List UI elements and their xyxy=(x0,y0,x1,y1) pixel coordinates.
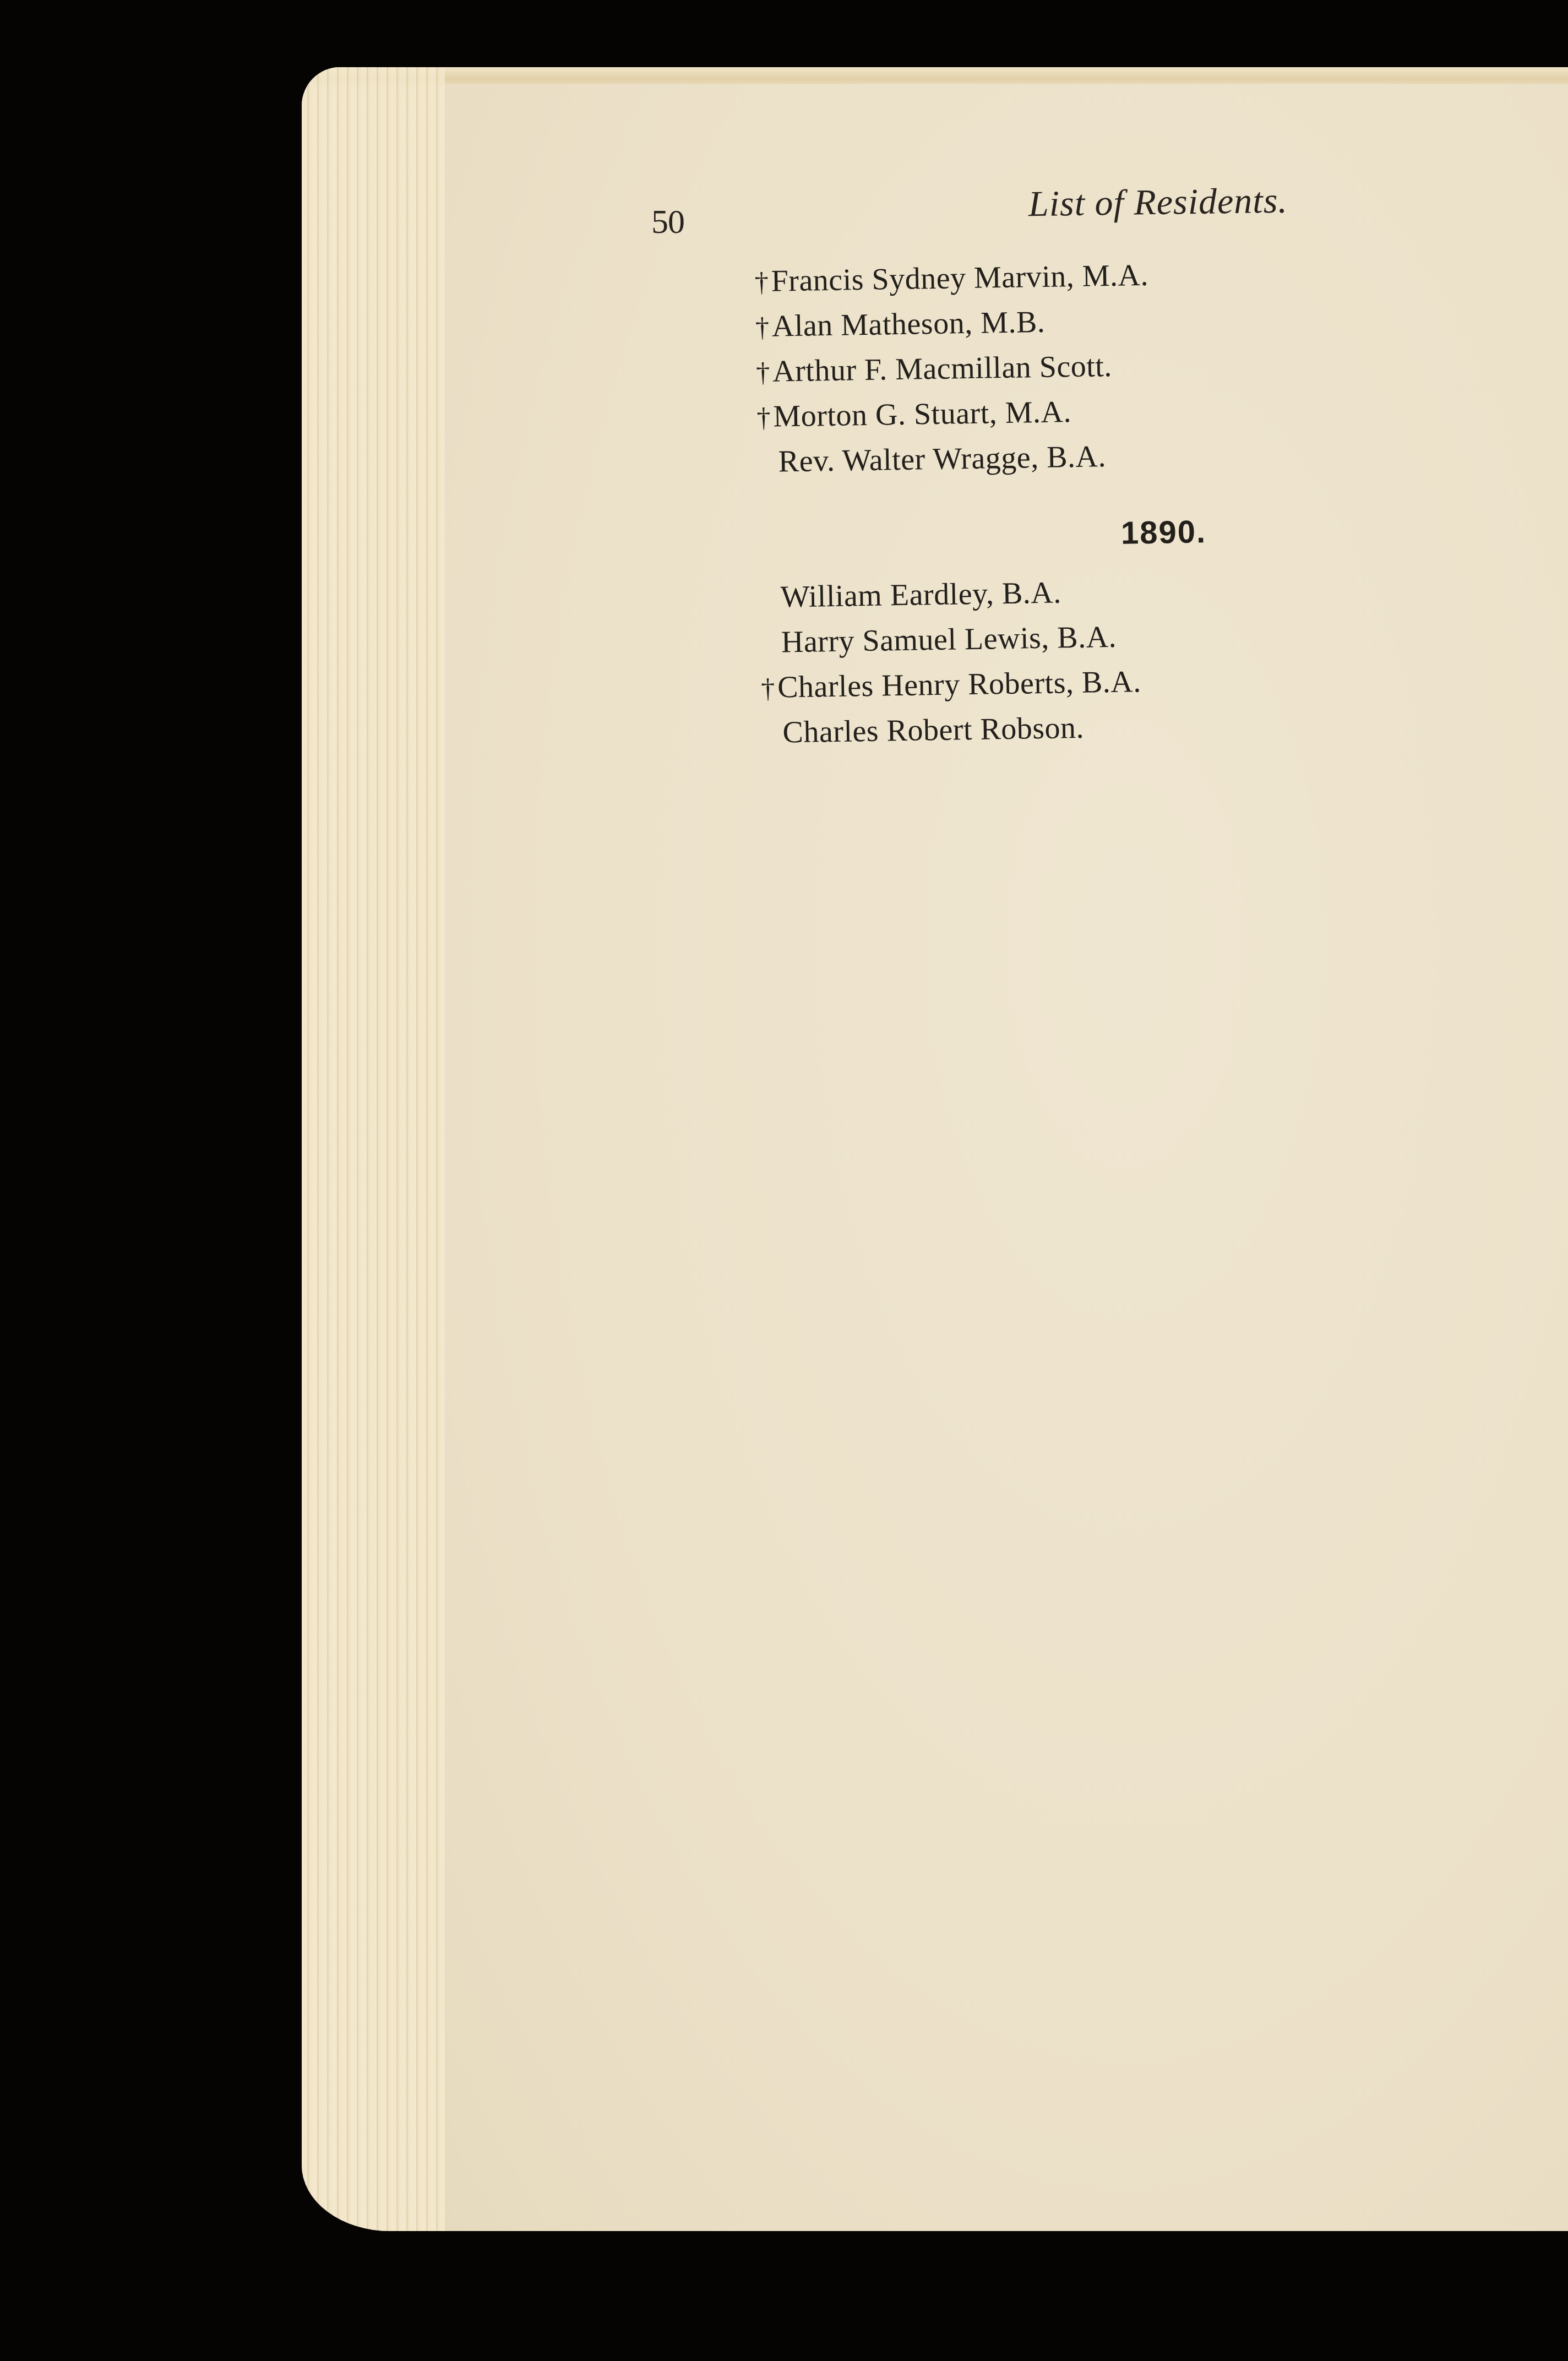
resident-entry: Rev. Walter Wragge, B.A. xyxy=(761,430,1368,485)
resident-name: Alan Matheson, M.B. xyxy=(771,305,1045,344)
dagger-mark: † xyxy=(761,666,778,711)
resident-name: Francis Sydney Marvin, M.A. xyxy=(771,258,1148,298)
dagger-mark: † xyxy=(755,304,772,350)
dagger-mark: † xyxy=(756,350,773,395)
dagger-mark: † xyxy=(756,395,774,440)
resident-name: Harry Samuel Lewis, B.A. xyxy=(781,620,1117,660)
dagger-mark: † xyxy=(754,259,771,304)
resident-name: Morton G. Stuart, M.A. xyxy=(773,395,1071,433)
page-edges xyxy=(302,67,445,2231)
year-heading-1890: 1890. xyxy=(763,499,1369,569)
resident-name: Rev. Walter Wragge, B.A. xyxy=(778,439,1106,478)
residents-list: †Francis Sydney Marvin, M.A. †Alan Mathe… xyxy=(759,249,1372,755)
resident-entry: Charles Robert Robson. xyxy=(766,701,1372,755)
page-number: 50 xyxy=(651,203,684,242)
resident-name: Charles Robert Robson. xyxy=(782,711,1085,750)
resident-name: Charles Henry Roberts, B.A. xyxy=(777,665,1141,704)
running-head: List of Residents. xyxy=(1028,180,1288,226)
resident-name: Arthur F. Macmillan Scott. xyxy=(772,349,1113,389)
resident-name: William Eardley, B.A. xyxy=(780,575,1061,614)
